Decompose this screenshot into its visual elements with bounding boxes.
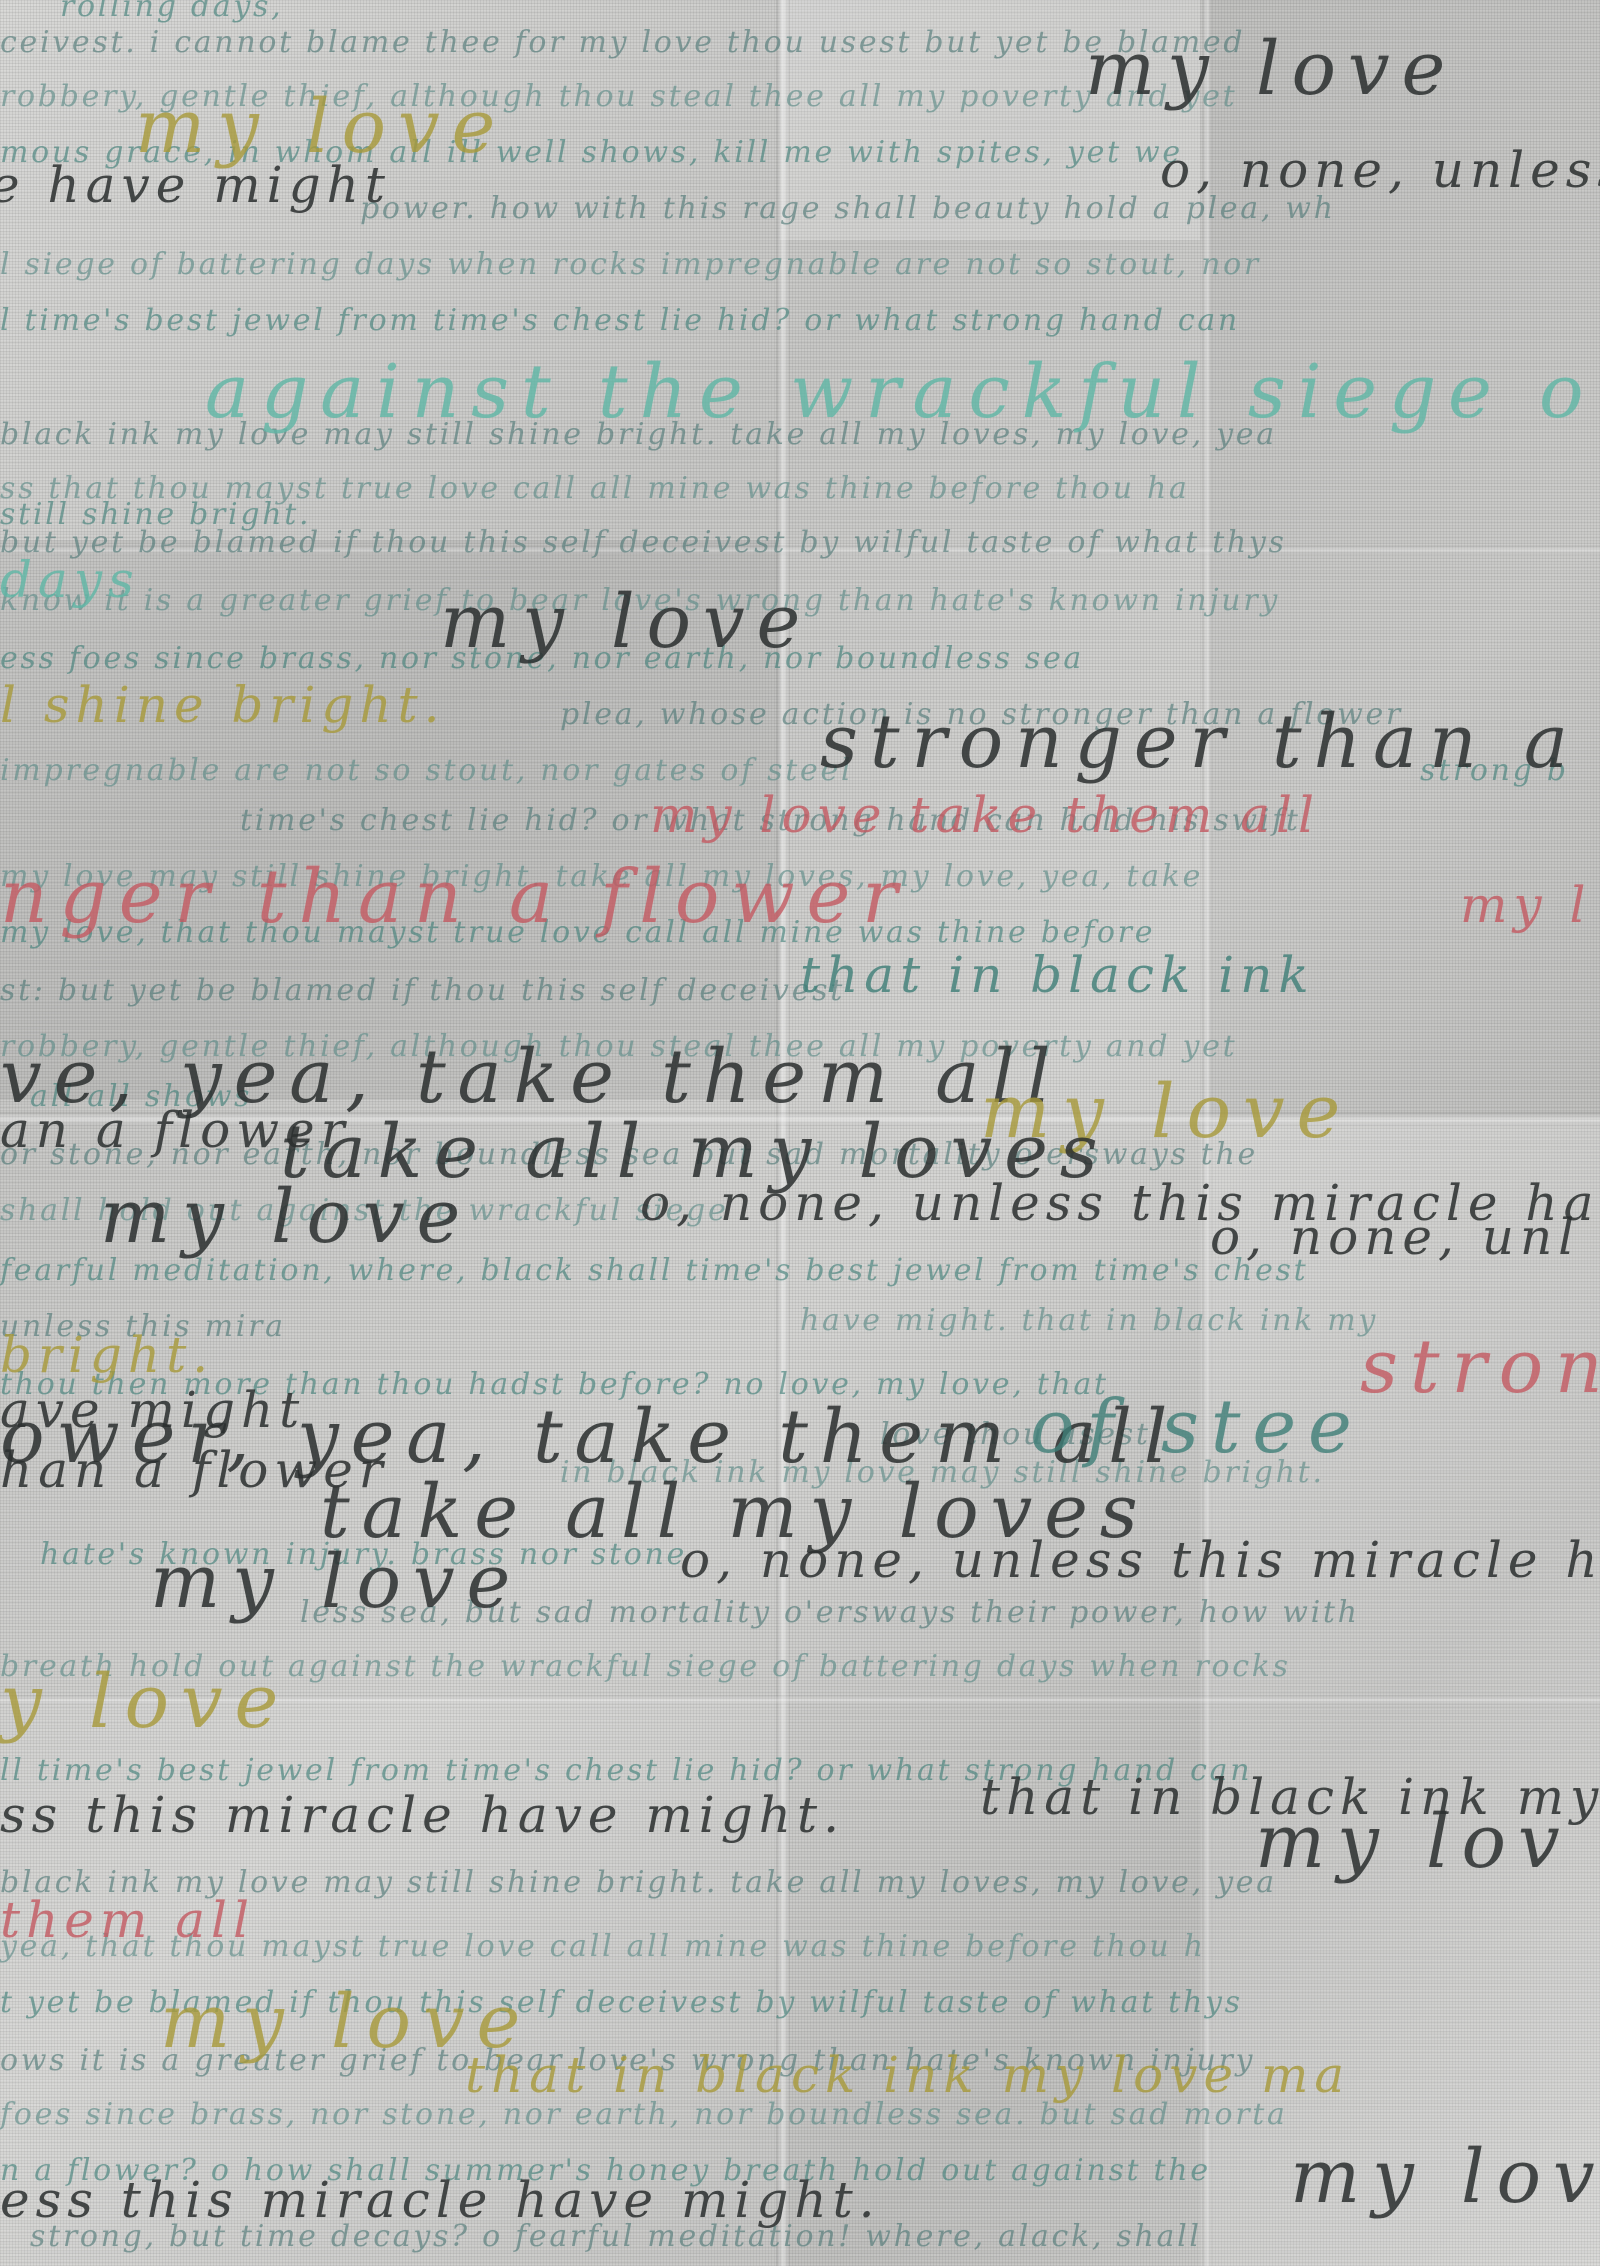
background-script-line: fearful meditation, where, black shall t… [0, 1256, 1308, 1286]
overlay-script-phrase: of stee [1030, 1390, 1364, 1464]
overlay-script-phrase: days [0, 555, 140, 605]
background-script-line: foes since brass, nor stone, nor earth, … [0, 2100, 1288, 2130]
overlay-script-phrase: stronger than a flo [820, 705, 1600, 779]
background-script-line: rolling days, [60, 0, 283, 22]
overlay-script-phrase: my love [100, 1180, 472, 1254]
background-script-line: l siege of battering days when rocks imp… [0, 250, 1261, 280]
overlay-script-phrase: o, none, unless this miracle ha [680, 1535, 1600, 1585]
overlay-script-phrase: nger than a flower [0, 860, 909, 934]
background-script-line: l time's best jewel from time's chest li… [0, 306, 1240, 336]
background-script-line: but yet be blamed if thou this self dece… [0, 528, 1287, 558]
overlay-script-phrase: my love [1085, 32, 1457, 106]
overlay-script-phrase: my love take them all [650, 790, 1320, 840]
overlay-script-phrase: my lov [1255, 1805, 1572, 1879]
background-script-line: ceivest. i cannot blame thee for my love… [0, 28, 1245, 58]
overlay-script-phrase: my lov [1290, 2140, 1600, 2214]
background-script-line: st: but yet be blamed if thou this self … [0, 976, 845, 1006]
overlay-script-phrase: l shine bright. [0, 680, 446, 730]
overlay-script-phrase: them all [0, 1895, 255, 1945]
overlay-script-phrase: against the wrackful siege o [205, 355, 1595, 429]
overlay-script-phrase: my love [440, 585, 812, 659]
overlay-script-phrase: my love [150, 1545, 522, 1619]
overlay-script-phrase: stron [1360, 1330, 1600, 1404]
overlay-script-phrase: that in black ink [800, 950, 1315, 1000]
overlay-script-phrase: my l [1460, 880, 1592, 930]
overlay-script-phrase: o, none, unless [1160, 145, 1600, 195]
overlay-script-phrase: ss this miracle have might. [0, 1790, 845, 1840]
overlay-script-phrase: y love [0, 1665, 290, 1739]
overlay-script-phrase: bright. [0, 1330, 214, 1380]
overlay-script-phrase: e have might [0, 160, 391, 210]
overlay-script-phrase: o, none, unl [1210, 1212, 1580, 1262]
overlay-script-phrase: my love [135, 90, 507, 164]
overlay-script-phrase: that in black ink my love ma [465, 2050, 1350, 2100]
background-script-line: have might. that in black ink my [800, 1306, 1378, 1336]
overlay-script-phrase: ess this miracle have might. [0, 2175, 881, 2225]
background-script-line: impregnable are not so stout, nor gates … [0, 756, 853, 786]
